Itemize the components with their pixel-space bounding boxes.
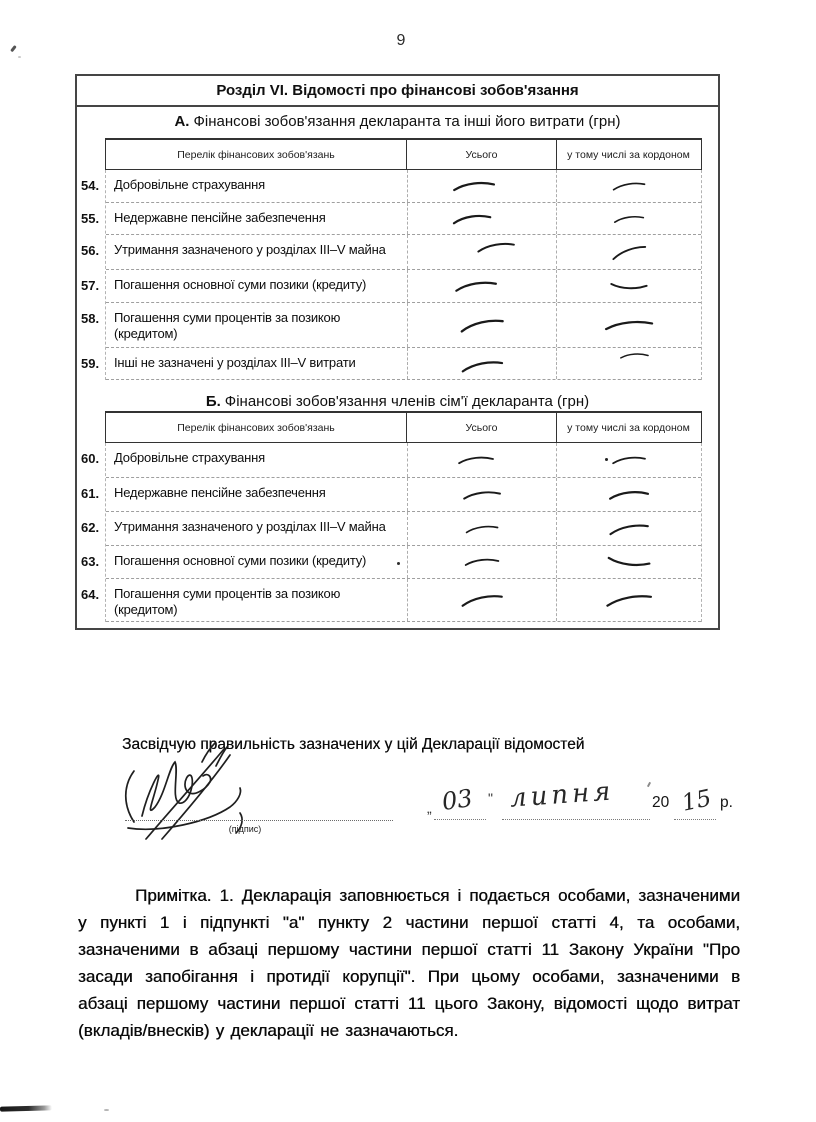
row-total-value (407, 478, 556, 511)
row-label: Утримання зазначеного у розділах III–V м… (106, 235, 407, 269)
row-number: 62. (81, 520, 105, 535)
column-header-list: Перелік фінансових зобов'язань (106, 140, 406, 169)
row-label: Погашення суми процентів за позикою (кре… (106, 579, 407, 621)
row-abroad-value (556, 270, 701, 302)
row-number: 61. (81, 486, 105, 501)
row-abroad-value (556, 443, 701, 477)
row-abroad-value (556, 203, 701, 234)
row-label: Недержавне пенсійне забезпечення (106, 478, 407, 511)
row-label: Інші не зазначені у розділах III–V витра… (106, 348, 407, 379)
row-abroad-value (556, 546, 701, 578)
handwritten-dash-mark (609, 279, 650, 293)
row-total-value (407, 443, 556, 477)
row-number: 63. (81, 554, 105, 569)
table-row: 54.Добровільне страхування (106, 170, 701, 203)
date-month-handwritten: липня (509, 776, 615, 813)
note-paragraph: Примітка. 1. Декларація заповнюється і п… (78, 882, 740, 1044)
row-total-value (407, 235, 556, 269)
part-a-heading: Фінансові зобов'язання декларанта та інш… (193, 113, 620, 130)
table-row: 59.Інші не зазначені у розділах III–V ви… (106, 348, 701, 380)
scan-artifact-speck (104, 1109, 109, 1111)
row-number: 59. (81, 356, 105, 371)
row-abroad-value (556, 235, 701, 269)
financial-obligations-table-a: Перелік фінансових зобов'язань Усього у … (105, 138, 702, 380)
handwritten-dash-mark (459, 356, 506, 376)
row-abroad-value (556, 579, 701, 621)
table-row: 63.Погашення основної суми позики (креди… (106, 546, 701, 579)
table-a-header-row: Перелік фінансових зобов'язань Усього у … (105, 138, 702, 170)
row-total-value (407, 512, 556, 545)
handwritten-dash-mark (457, 314, 507, 336)
signature-block: (підпис) (110, 742, 410, 842)
handwritten-dash-mark (611, 179, 648, 193)
row-total-value (407, 546, 556, 578)
table-row: 57.Погашення основної суми позики (креди… (106, 270, 701, 303)
handwritten-dash-mark (609, 241, 650, 263)
table-row: 55.Недержавне пенсійне забезпечення (106, 203, 701, 235)
handwritten-dash-mark (619, 351, 650, 361)
row-number: 57. (81, 278, 105, 293)
row-label: Погашення суми процентів за позикою (кре… (106, 303, 407, 347)
financial-obligations-table-b: Перелік фінансових зобов'язань Усього у … (105, 411, 702, 622)
row-label: Добровільне страхування (106, 170, 407, 202)
column-header-total: Усього (406, 140, 556, 169)
date-year-handwritten: 15 (680, 785, 714, 817)
row-total-value (407, 270, 556, 302)
handwritten-dash-mark (464, 522, 501, 535)
row-abroad-value (556, 512, 701, 545)
row-abroad-value (556, 478, 701, 511)
handwritten-dash-mark (611, 453, 648, 466)
row-total-value (407, 170, 556, 202)
handwritten-dash-mark (453, 277, 500, 295)
row-label: Погашення основної суми позики (кредиту) (106, 270, 407, 302)
row-abroad-value (556, 303, 701, 347)
handwritten-dash-mark (461, 487, 503, 502)
row-label: Утримання зазначеного у розділах III–V м… (106, 512, 407, 545)
row-number: 54. (81, 178, 105, 193)
handwritten-dash-mark (456, 453, 495, 466)
part-b-heading: Фінансові зобов'язання членів сім'ї декл… (225, 393, 589, 410)
table-row: 64.Погашення суми процентів за позикою (… (106, 579, 701, 622)
handwritten-dash-mark (612, 212, 646, 224)
table-row: 61.Недержавне пенсійне забезпечення (106, 478, 701, 512)
scan-artifact-dot (397, 562, 400, 565)
scanned-declaration-page: 9 Розділ VI. Відомості про фінансові зоб… (0, 0, 816, 1122)
row-total-value (407, 303, 556, 347)
section-vi-box: Розділ VI. Відомості про фінансові зобов… (75, 74, 720, 630)
handwritten-dash-mark (451, 210, 494, 227)
handwritten-dash-mark (475, 239, 517, 256)
section-title: Розділ VI. Відомості про фінансові зобов… (77, 76, 718, 107)
row-label: Добровільне страхування (106, 443, 407, 477)
row-label: Недержавне пенсійне забезпечення (106, 203, 407, 234)
date-year-suffix: р. (720, 794, 733, 812)
scan-artifact-speck (18, 56, 21, 58)
row-total-value (407, 579, 556, 621)
table-row: 60.Добровільне страхування (106, 443, 701, 478)
part-b-title: Б.Фінансові зобов'язання членів сім'ї де… (77, 393, 718, 411)
handwritten-dash-mark (463, 556, 501, 569)
row-number: 60. (81, 451, 105, 466)
table-a-body: 54.Добровільне страхування55.Недержавне … (105, 170, 702, 380)
signature-caption: (підпис) (125, 824, 365, 834)
handwritten-dash-mark (607, 487, 651, 503)
part-b-letter: Б. (206, 393, 221, 410)
handwritten-dash-mark (602, 317, 656, 333)
row-abroad-value (556, 170, 701, 202)
row-abroad-value (556, 348, 701, 379)
handwritten-dash-mark (607, 519, 652, 538)
handwritten-dash-mark (605, 554, 653, 570)
handwritten-dash-mark (451, 178, 498, 194)
column-header-list: Перелік фінансових зобов'язань (106, 413, 406, 442)
date-year-printed: 20 (652, 794, 669, 812)
page-number: 9 (0, 32, 802, 50)
scan-artifact-smudge (0, 1105, 52, 1111)
date-day-handwritten: 03 (440, 784, 474, 816)
row-total-value (407, 348, 556, 379)
table-b-header-row: Перелік фінансових зобов'язань Усього у … (105, 411, 702, 443)
row-number: 55. (81, 211, 105, 226)
table-row: 56.Утримання зазначеного у розділах III–… (106, 235, 701, 270)
column-header-abroad: у тому числі за кордоном (556, 140, 700, 169)
table-row: 62.Утримання зазначеного у розділах III–… (106, 512, 701, 546)
part-a-title: А.Фінансові зобов'язання декларанта та і… (77, 113, 718, 131)
date-day-line: 03 (434, 782, 486, 820)
date-closing-quote: " (488, 790, 493, 806)
handwritten-dash-mark (458, 590, 506, 610)
row-total-value (407, 203, 556, 234)
row-number: 64. (81, 587, 105, 602)
row-label: Погашення основної суми позики (кредиту) (106, 546, 407, 578)
date-month-line: липня (502, 778, 650, 820)
handwritten-dash-mark (603, 590, 655, 610)
row-number: 56. (81, 243, 105, 258)
row-number: 58. (81, 311, 105, 326)
date-field: „ 03 " липня 20 15 р. (424, 778, 744, 832)
date-opening-quote: „ (427, 800, 432, 816)
column-header-total: Усього (406, 413, 556, 442)
column-header-abroad: у тому числі за кордоном (556, 413, 700, 442)
table-b-body: 60.Добровільне страхування61.Недержавне … (105, 443, 702, 622)
date-year-line: 15 (674, 788, 716, 820)
signature-line (125, 820, 393, 821)
part-a-letter: А. (174, 113, 189, 130)
table-row: 58.Погашення суми процентів за позикою (… (106, 303, 701, 348)
